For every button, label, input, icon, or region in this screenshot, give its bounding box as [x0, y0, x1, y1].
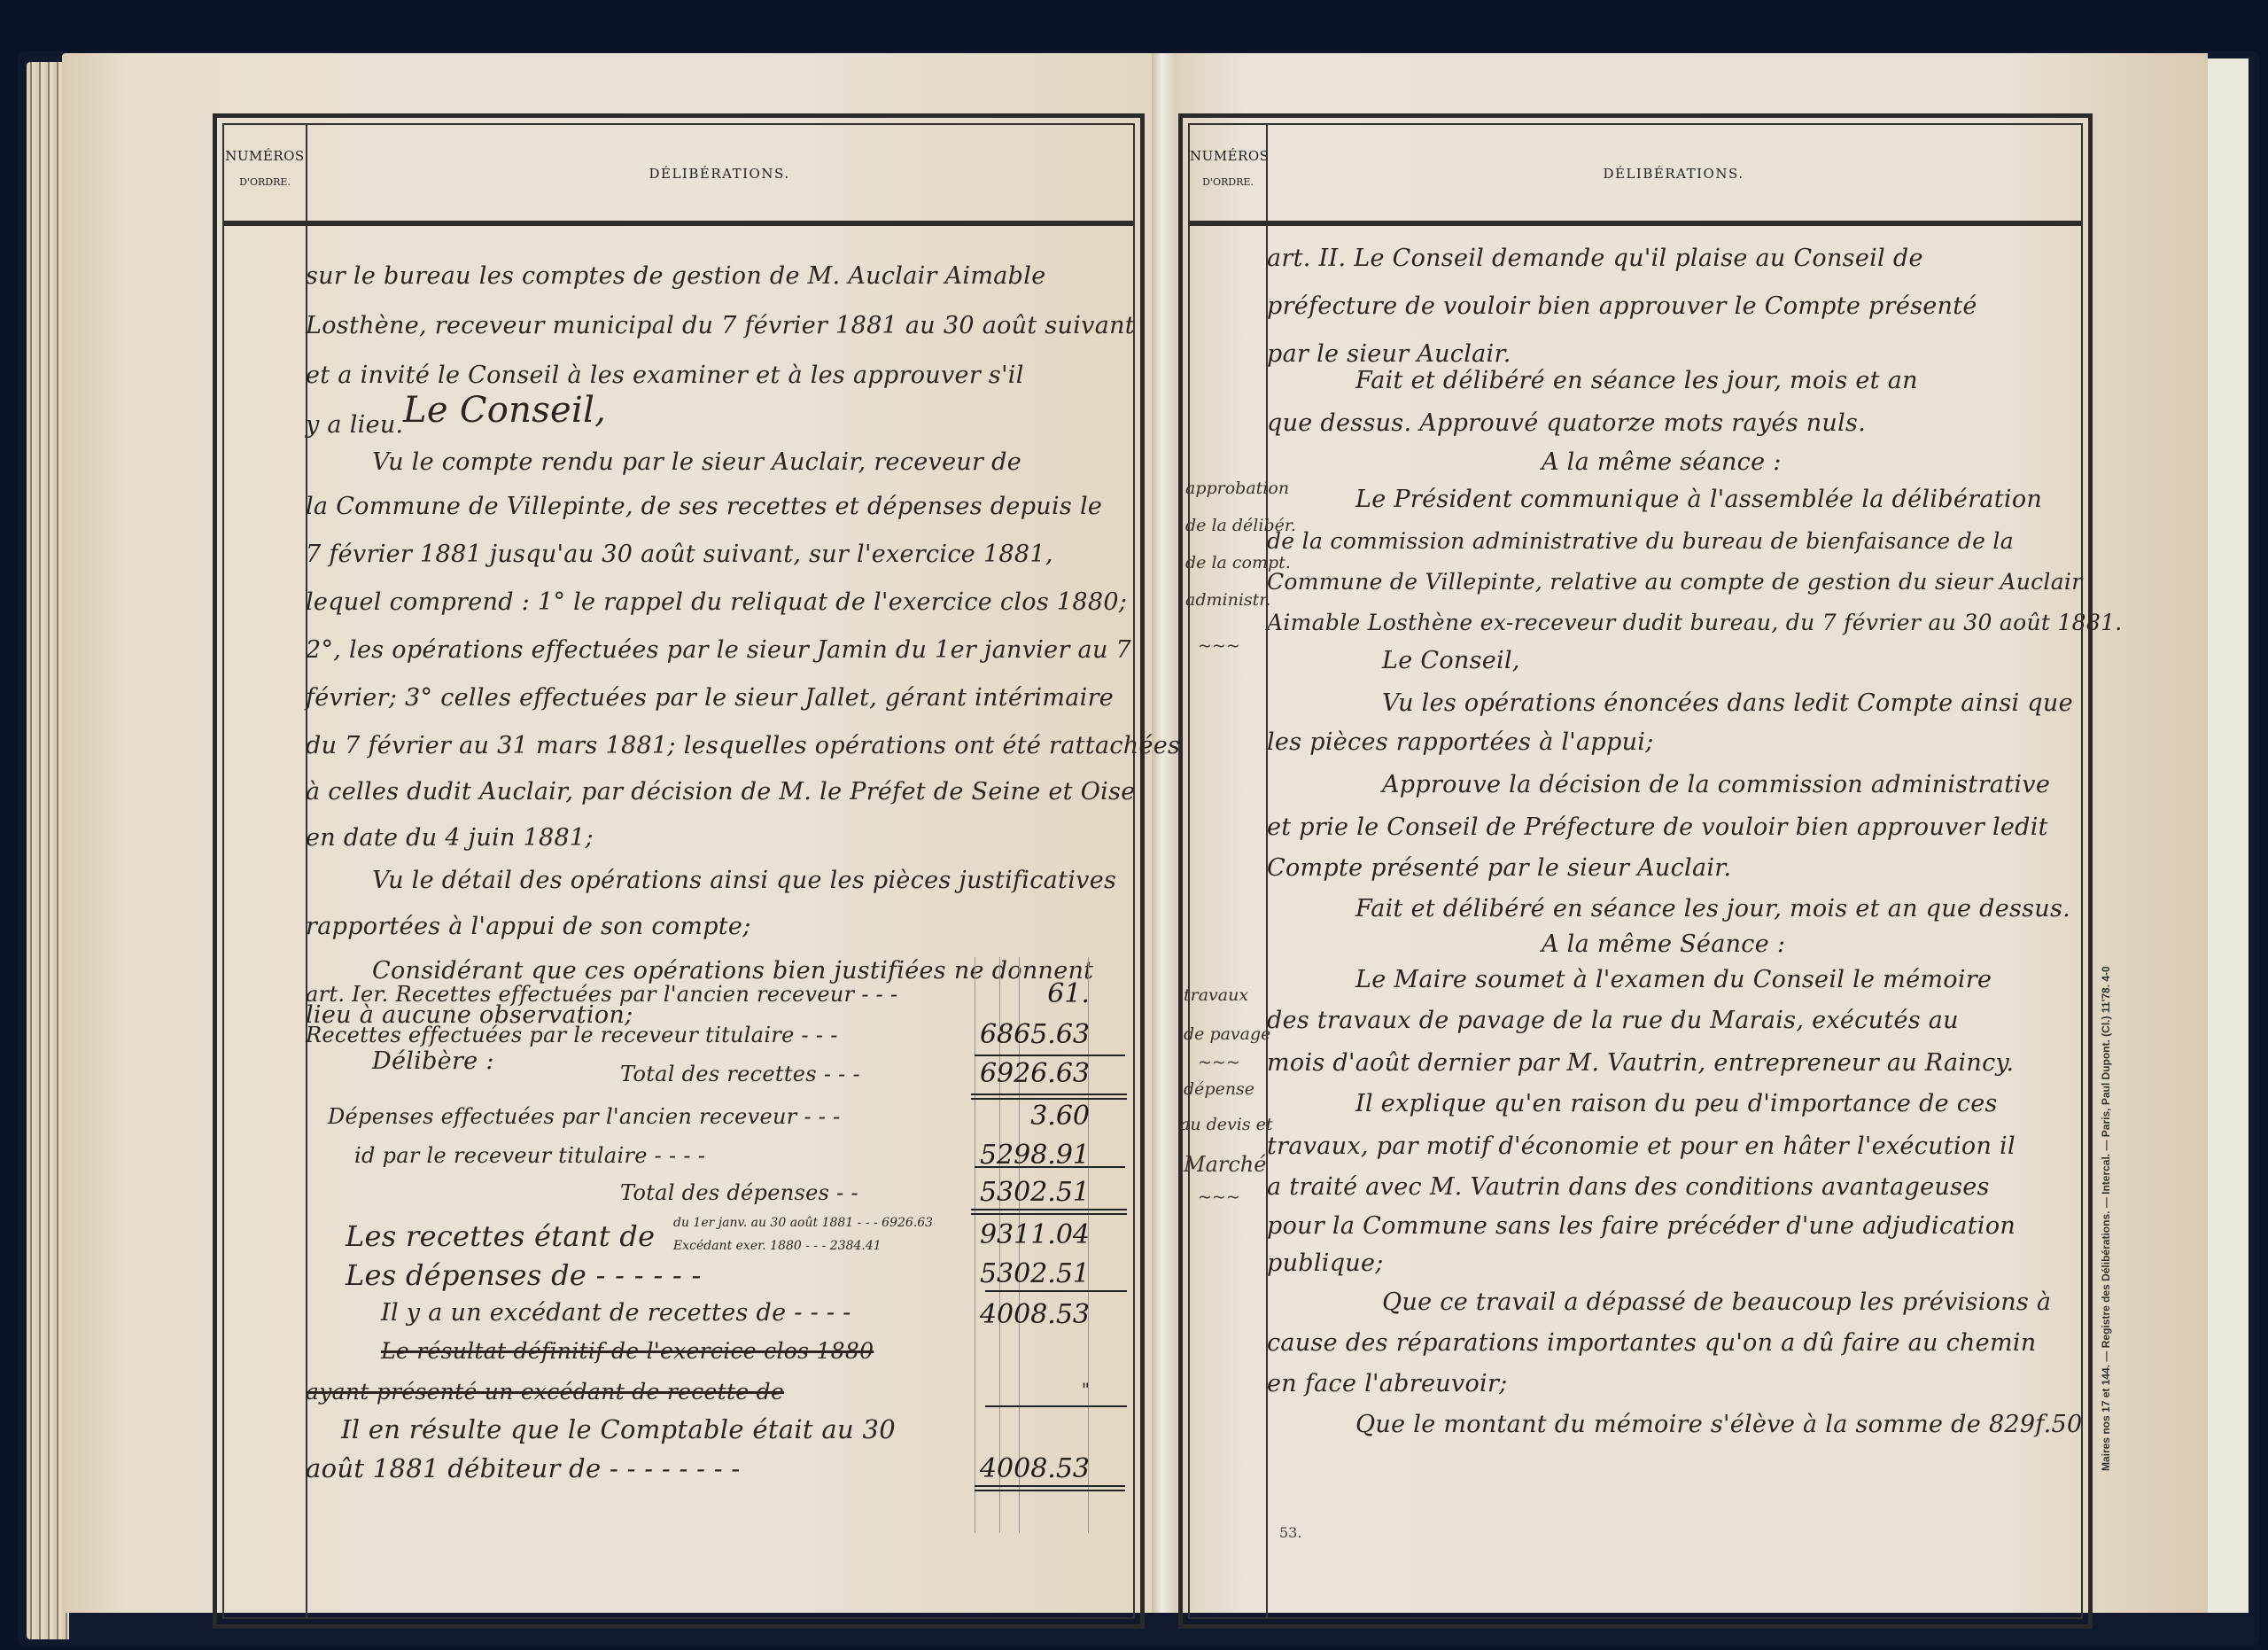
hand-line: et prie le Conseil de Préfecture de voul… [1267, 813, 2048, 841]
conclusion-line: août 1881 débiteur de - - - - - - - - [306, 1453, 740, 1483]
double-rule [975, 1490, 1125, 1491]
hand-line: 7 février 1881 jusqu'au 30 août suivant,… [306, 541, 1053, 568]
double-rule [971, 1213, 1127, 1215]
hand-line: Approuve la décision de la commission ad… [1382, 771, 2050, 798]
loose-sheet-edge [2208, 58, 2249, 1613]
conclusion-line: Il en résulte que le Comptable était au … [341, 1414, 896, 1444]
margin-flourish: ~~~ [1198, 636, 1240, 656]
numeros-label: NUMÉROS [224, 148, 306, 164]
printer-imprint: Maires nos 17 et 144. — Registre des Dél… [2100, 966, 2112, 1471]
hand-line: Compte présenté par le sieur Auclair. [1267, 854, 1731, 882]
margin-line: dépense [1184, 1079, 1254, 1099]
hand-line: rapportées à l'appui de son compte; [306, 913, 751, 940]
hand-line: art. II. Le Conseil demande qu'il plaise… [1267, 245, 1923, 272]
sum-rule [985, 1405, 1127, 1407]
account-label: id par le receveur titulaire - - - - [354, 1143, 705, 1168]
recettes-detail: Excédant exer. 1880 - - - 2384.41 [673, 1239, 882, 1253]
struck-line: ayant présenté un excédant de recette de [306, 1379, 784, 1405]
account-label: Il y a un excédant de recettes de - - - … [381, 1299, 851, 1327]
hand-line: à celles dudit Auclair, par décision de … [306, 778, 1136, 806]
double-rule [975, 1485, 1125, 1487]
hand-line: Vu le détail des opérations ainsi que le… [372, 867, 1116, 894]
margin-line: au devis et [1180, 1115, 1273, 1134]
le-conseil-heading: Le Conseil, [1382, 647, 1520, 674]
margin-line: de pavage [1184, 1024, 1270, 1044]
delibere-heading: Délibère : [372, 1047, 494, 1075]
double-rule [971, 1209, 1127, 1210]
double-rule [971, 1098, 1127, 1100]
account-amount: 6865.63 [957, 1019, 1090, 1050]
hand-line: la Commune de Villepinte, de ses recette… [306, 493, 1102, 520]
margin-flourish: ~~~ [1198, 1187, 1240, 1207]
hand-line: février; 3° celles effectuées par le sie… [306, 684, 1114, 712]
hand-line: sur le bureau les comptes de gestion de … [306, 262, 1045, 290]
account-amount: 6926.63 [957, 1058, 1090, 1089]
deliberations-header: DÉLIBÉRATIONS. [306, 166, 1133, 182]
hand-line: et a invité le Conseil à les examiner et… [306, 362, 1024, 389]
margin-line: administr. [1185, 590, 1270, 610]
numeros-header: NUMÉROS D'ORDRE. [224, 148, 306, 188]
hand-line: Il explique qu'en raison du peu d'import… [1355, 1090, 1998, 1117]
ditto-mark: " [957, 1379, 1090, 1400]
account-amount: 4008.53 [957, 1299, 1090, 1330]
account-label: Les recettes étant de [346, 1219, 655, 1253]
account-label: Recettes effectuées par le receveur titu… [306, 1023, 838, 1047]
hand-line: pour la Commune sans les faire précéder … [1267, 1212, 2016, 1240]
account-amount: 9311.04 [957, 1219, 1090, 1250]
hand-line: Aimable Losthène ex-receveur dudit burea… [1267, 610, 2123, 635]
hand-line: Que ce travail a dépassé de beaucoup les… [1382, 1288, 2051, 1316]
account-label: Les dépenses de - - - - - - [346, 1258, 702, 1292]
numeros-header: NUMÉROS D'ORDRE. [1190, 148, 1266, 188]
hand-line: les pièces rapportées à l'appui; [1267, 728, 1654, 756]
hand-line: préfecture de vouloir bien approuver le … [1267, 292, 1977, 320]
numeros-column [224, 125, 307, 1617]
ordre-label: D'ORDRE. [224, 176, 306, 188]
hand-line: en face l'abreuvoir; [1267, 1370, 1508, 1397]
sum-rule [985, 1290, 1127, 1292]
hand-line: Fait et délibéré en séance les jour, moi… [1355, 367, 1918, 394]
final-amount: 4008.53 [957, 1453, 1090, 1484]
header-rule [224, 221, 1133, 226]
hand-line: Vu le compte rendu par le sieur Auclair,… [372, 448, 1021, 476]
hand-line: Fait et délibéré en séance les jour, moi… [1355, 895, 2070, 922]
section-heading: A la même séance : [1542, 448, 1782, 476]
hand-line: lequel comprend : 1° le rappel du reliqu… [306, 588, 1127, 616]
hand-line: Losthène, receveur municipal du 7 févrie… [306, 312, 1135, 339]
hand-line: cause des réparations importantes qu'on … [1267, 1329, 2037, 1357]
margin-line: Marché [1184, 1152, 1266, 1177]
numeros-column [1190, 125, 1268, 1617]
hand-line: y a lieu. [306, 411, 403, 439]
book-gutter [1152, 53, 1177, 1613]
account-amount: 5302.51 [957, 1258, 1090, 1289]
hand-line: Que le montant du mémoire s'élève à la s… [1355, 1411, 2083, 1438]
ordre-label: D'ORDRE. [1190, 176, 1266, 188]
hand-line: Le Président communique à l'assemblée la… [1355, 486, 2042, 513]
double-rule [971, 1094, 1127, 1095]
struck-line: Le résultat définitif de l'exercice clos… [381, 1338, 874, 1364]
header-rule [1190, 221, 2081, 226]
account-amount: 3.60 [957, 1101, 1090, 1132]
deliberations-header: DÉLIBÉRATIONS. [1266, 166, 2081, 182]
hand-line: que dessus. Approuvé quatorze mots rayés… [1267, 409, 1866, 437]
hand-line: des travaux de pavage de la rue du Marai… [1267, 1007, 1959, 1034]
margin-line: travaux [1184, 985, 1248, 1005]
margin-flourish: ~~~ [1198, 1053, 1240, 1072]
account-label: Total des recettes - - - [620, 1062, 860, 1086]
margin-line: approbation [1185, 479, 1289, 498]
account-amount: 61. [957, 978, 1090, 1009]
hand-line: mois d'août dernier par M. Vautrin, entr… [1267, 1049, 2014, 1077]
hand-line: de la commission administrative du burea… [1267, 528, 2014, 554]
sum-rule [975, 1055, 1125, 1056]
account-label: art. Ier. Recettes effectuées par l'anci… [306, 982, 897, 1007]
hand-line: Commune de Villepinte, relative au compt… [1267, 569, 2082, 595]
account-amount: 5302.51 [957, 1177, 1090, 1208]
hand-line: du 7 février au 31 mars 1881; lesquelles… [306, 732, 1180, 759]
account-label: Total des dépenses - - [620, 1180, 858, 1205]
hand-line: travaux, par motif d'économie et pour en… [1267, 1132, 2016, 1160]
account-label: Dépenses effectuées par l'ancien receveu… [328, 1104, 841, 1129]
page-number: 53. [1279, 1524, 1301, 1541]
hand-line: Vu les opérations énoncées dans ledit Co… [1382, 689, 2073, 717]
numeros-label: NUMÉROS [1190, 148, 1266, 164]
sum-rule [975, 1166, 1125, 1168]
section-heading: A la même Séance : [1542, 930, 1785, 958]
hand-line: par le sieur Auclair. [1267, 340, 1511, 368]
recettes-detail: du 1er janv. au 30 août 1881 - - - 6926.… [673, 1216, 933, 1230]
hand-line: a traité avec M. Vautrin dans des condit… [1267, 1173, 1990, 1201]
hand-line: Le Maire soumet à l'examen du Conseil le… [1355, 966, 1992, 993]
hand-line: en date du 4 juin 1881; [306, 824, 594, 852]
le-conseil-heading: Le Conseil, [403, 390, 606, 431]
hand-line: 2°, les opérations effectuées par le sie… [306, 636, 1131, 664]
hand-line: publique; [1267, 1249, 1384, 1277]
